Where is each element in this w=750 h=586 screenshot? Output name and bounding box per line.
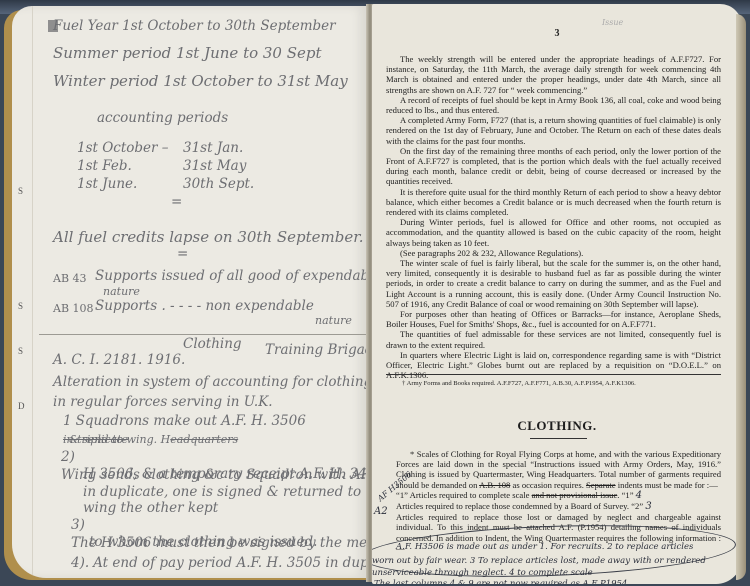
clothing-item: 4). At end of pay period A.F. H. 3505 in… — [71, 554, 368, 572]
margin-mark: S — [18, 186, 23, 196]
section-divider — [39, 334, 368, 335]
paragraph: It is therefore quite usual for the thir… — [386, 187, 721, 218]
paragraph: On the first day of the remaining three … — [386, 146, 721, 187]
paragraph: (See paragraphs 202 & 232, Allowance Reg… — [386, 248, 721, 258]
book-page-edge — [736, 14, 746, 580]
clothing-item: “1” Articles required to complete scale … — [396, 490, 721, 501]
clothing-paragraph: * Scales of Clothing for Royal Flying Co… — [396, 449, 721, 490]
ab-description: Supports issued of all good of expendabl… — [95, 268, 368, 284]
clothing-item: H 3506, & a temporary receipt A.F. H. 34… — [83, 466, 368, 482]
period-start: 1st October – — [77, 140, 169, 156]
handwritten-footer-line: worn out by fair wear. 3 To replace arti… — [372, 556, 706, 566]
clothing-intro-line: Alteration in system of accounting for c… — [53, 374, 368, 390]
page-number: 3 — [372, 28, 742, 39]
pencil-note: Issue — [602, 18, 623, 27]
clothing-item: Articles required to replace those conde… — [396, 501, 721, 512]
paragraph: A record of receipts of fuel should be k… — [386, 95, 721, 115]
clothing-title: Clothing — [183, 336, 242, 352]
period-start: 1st June. — [77, 176, 137, 192]
left-page-content: Fuel Year 1st October to 30th September … — [32, 6, 368, 578]
right-page: Issue 3 The weekly strength will be ente… — [372, 4, 742, 584]
clothing-item: wing the other kept — [83, 500, 218, 516]
period-end: 30th Sept. — [183, 176, 254, 192]
ab-description-sub: nature — [315, 314, 352, 327]
handwritten-fuel-year: Fuel Year 1st October to 30th September — [53, 18, 336, 34]
ab-code: AB 43 — [53, 272, 87, 285]
clothing-subtitle: Training Brigade — [265, 342, 368, 358]
ab-description: Supports . - - - - non expendable — [95, 298, 314, 314]
margin-mark: D — [18, 401, 25, 411]
handwritten-footer-line: unserviceable through neglect. 4 to comp… — [372, 568, 593, 578]
handwritten-summer-period: Summer period 1st June to 30 Sept — [53, 44, 322, 62]
clothing-item: to whom the clothing was issued. — [89, 534, 317, 550]
margin-annotation-a2: A2 — [374, 506, 388, 517]
paragraph: The winter scale of fuel is fairly liber… — [386, 258, 721, 309]
paragraph: For purposes other than heating of Offic… — [386, 309, 721, 329]
footnote-rule — [386, 374, 721, 375]
clothing-ref: A. C. I. 2181. 1916. — [53, 352, 185, 368]
heading-rule — [530, 438, 587, 439]
ab-code: AB 108 — [53, 302, 94, 315]
handwritten-footer-line: A.F. H3506 is made out as under 1. For r… — [396, 542, 693, 552]
handwritten-footer-line: The last columns 4 & 9 are not now requi… — [374, 579, 630, 584]
paragraph: The quantities of fuel admissable for th… — [386, 329, 721, 349]
period-end: 31st May — [183, 158, 246, 174]
margin-mark: S — [18, 346, 23, 356]
paragraph: A completed Army Form, F727 (that is, a … — [386, 115, 721, 146]
paragraph: In quarters where Electric Light is laid… — [386, 350, 721, 381]
left-page: S S S D Fuel Year 1st October to 30th Se… — [12, 6, 368, 578]
handwritten-accounting-periods: accounting periods — [97, 110, 228, 126]
equals-mark: = — [171, 194, 182, 210]
footnote: † Army Forms and Books required. A.F.F72… — [402, 380, 636, 387]
handwritten-winter-period: Winter period 1st October to 31st May — [53, 72, 348, 90]
paragraph: The weekly strength will be entered unde… — [386, 54, 721, 95]
period-start: 1st Feb. — [77, 158, 132, 174]
margin-mark: S — [18, 301, 23, 311]
equals-mark: = — [177, 246, 188, 262]
clothing-heading: CLOTHING. — [372, 418, 742, 434]
period-end: 31st Jan. — [183, 140, 243, 156]
paragraph: During Winter periods, fuel is allowed f… — [386, 217, 721, 248]
clothing-item: & send to wing. Headquarters — [69, 430, 238, 448]
ab-description-sub: nature — [103, 285, 140, 298]
handwritten-credits-lapse: All fuel credits lapse on 30th September… — [53, 228, 364, 246]
fuel-text-body: The weekly strength will be entered unde… — [386, 54, 721, 381]
clothing-intro-line: in regular forces serving in U.K. — [53, 394, 273, 410]
clothing-item: in duplicate, one is signed & returned t… — [83, 484, 361, 500]
